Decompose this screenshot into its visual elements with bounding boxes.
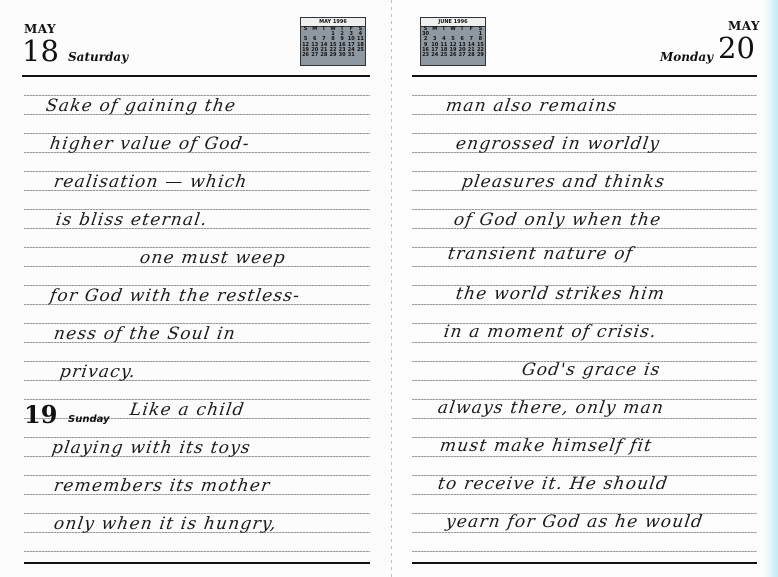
sunday-day-number: 19 bbox=[24, 403, 57, 427]
day-number: 18 bbox=[22, 37, 59, 66]
handwritten-line: yearn for God as he would bbox=[445, 512, 705, 532]
calendar-date: 28 bbox=[319, 53, 328, 58]
handwritten-line: remembers its mother bbox=[53, 476, 272, 496]
handwritten-line: to receive it. He should bbox=[437, 474, 670, 494]
handwritten-line: man also remains bbox=[445, 96, 619, 116]
day-name: Monday bbox=[660, 50, 713, 64]
handwritten-line: of God only when the bbox=[453, 210, 663, 230]
ruled-line bbox=[412, 418, 757, 419]
calendar-date: 24 bbox=[430, 53, 439, 58]
calendar-date: 25 bbox=[439, 53, 448, 58]
handwritten-line: in a moment of crisis. bbox=[443, 322, 659, 342]
handwritten-line: engrossed in worldly bbox=[455, 134, 662, 154]
ruled-line bbox=[412, 380, 757, 381]
mini-calendar-june: JUNE 1996 SMTWTFS30123456789101112131415… bbox=[420, 17, 486, 66]
calendar-date: 23 bbox=[421, 53, 430, 58]
calendar-date: 26 bbox=[301, 53, 310, 58]
footer-rule bbox=[412, 562, 757, 564]
sunday-day-name: Sunday bbox=[68, 414, 110, 425]
handwritten-line: God's grace is bbox=[521, 360, 662, 380]
handwritten-line: always there, only man bbox=[437, 398, 666, 418]
handwritten-line: pleasures and thinks bbox=[461, 172, 667, 192]
left-diary-page: MAY 18 Saturday MAY 1996 SMTWTFS12345678… bbox=[0, 0, 392, 577]
ruled-line bbox=[412, 456, 757, 457]
calendar-date: 26 bbox=[448, 53, 457, 58]
calendar-date: 29 bbox=[476, 53, 485, 58]
calendar-date bbox=[356, 53, 365, 58]
header-rule bbox=[412, 75, 757, 77]
handwritten-line: playing with its toys bbox=[51, 438, 253, 458]
ruled-line bbox=[412, 551, 757, 552]
handwritten-line: Sake of gaining the bbox=[45, 96, 238, 116]
mini-calendar-grid: SMTWTFS301234567891011121314151617181920… bbox=[421, 27, 485, 58]
handwritten-line: Like a child bbox=[129, 400, 246, 420]
handwritten-line: transient nature of bbox=[447, 244, 635, 264]
calendar-date: 29 bbox=[328, 53, 337, 58]
calendar-date: 28 bbox=[467, 53, 476, 58]
ruled-line bbox=[412, 342, 757, 343]
ruled-line bbox=[412, 494, 757, 495]
calendar-date: 27 bbox=[458, 53, 467, 58]
handwritten-line: privacy. bbox=[59, 362, 138, 382]
ruled-line bbox=[412, 532, 757, 533]
ruled-line bbox=[412, 266, 757, 267]
handwritten-line: higher value of God- bbox=[49, 134, 252, 154]
page-edge-tint bbox=[764, 0, 778, 577]
header-rule bbox=[22, 75, 370, 77]
handwritten-line: ness of the Soul in bbox=[53, 324, 238, 344]
handwritten-line: must make himself fit bbox=[439, 436, 654, 456]
day-number: 20 bbox=[718, 34, 755, 63]
ruled-line bbox=[412, 304, 757, 305]
calendar-date: 31 bbox=[347, 53, 356, 58]
handwritten-line: for God with the restless- bbox=[49, 286, 302, 306]
calendar-date: 30 bbox=[338, 53, 347, 58]
calendar-date: 25 bbox=[356, 48, 365, 53]
handwritten-line: is bliss eternal. bbox=[55, 210, 209, 230]
handwritten-line: the world strikes him bbox=[455, 284, 667, 304]
handwritten-line: realisation — which bbox=[53, 172, 249, 192]
day-name: Saturday bbox=[68, 50, 128, 64]
handwritten-line: only when it is hungry, bbox=[53, 514, 279, 534]
mini-calendar-may: MAY 1996 SMTWTFS123456789101112131415161… bbox=[300, 17, 366, 66]
right-diary-page: JUNE 1996 SMTWTFS30123456789101112131415… bbox=[392, 0, 778, 577]
footer-rule bbox=[24, 562, 370, 564]
mini-calendar-grid: SMTWTFS123456789101112131415161718192021… bbox=[301, 27, 365, 58]
calendar-date: 27 bbox=[310, 53, 319, 58]
ruled-line bbox=[24, 551, 370, 552]
handwritten-line: one must weep bbox=[139, 248, 288, 268]
